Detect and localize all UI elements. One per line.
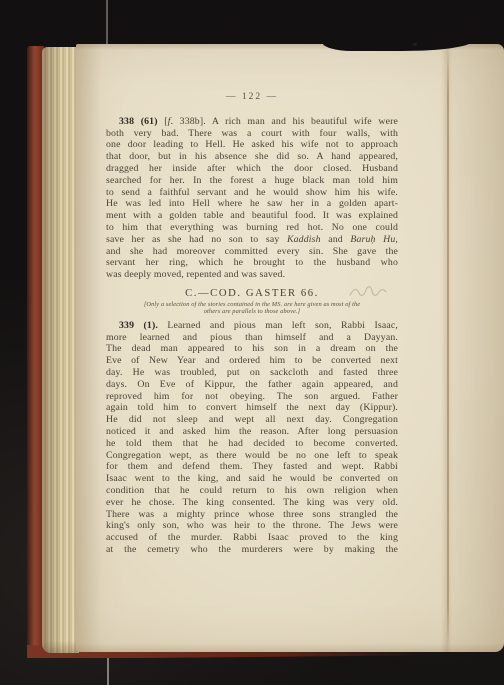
text-line: one door leading to Hell. He asked his w… bbox=[106, 139, 398, 151]
text-line: to send a faithful servant and he would … bbox=[106, 187, 398, 199]
text-line: more learned and pious than himself and … bbox=[106, 332, 398, 344]
page-gutter-crease bbox=[447, 46, 449, 650]
text-line: The dead man appeared to his son in a dr… bbox=[106, 343, 398, 355]
text-line: reproved him for not obeying. The son ar… bbox=[106, 391, 398, 403]
text-line: he told them that he had decided to beco… bbox=[106, 438, 398, 450]
text-line: save her as she had no son to say Kaddis… bbox=[106, 234, 398, 246]
pencil-annotation-icon bbox=[348, 284, 388, 300]
text-line: others are parallels to those above.] bbox=[106, 308, 398, 315]
text-line: days. On Eve of Kippur, the father again… bbox=[106, 379, 398, 391]
text-line: both very bad. There was a court with fo… bbox=[106, 128, 398, 140]
text-line: king's only son, who was heir to the thr… bbox=[106, 520, 398, 532]
text-line: He was led into Hell where he saw her in… bbox=[106, 198, 398, 210]
thread-top bbox=[106, 0, 108, 46]
text-line: [Only a selection of the stories contain… bbox=[106, 301, 398, 308]
paper-speck bbox=[413, 43, 417, 46]
text-line: There was a mighty prince whose three so… bbox=[106, 509, 398, 521]
text-line: dragged her inside after which the door … bbox=[106, 163, 398, 175]
text-line: accused of the murder. Rabbi Isaac prove… bbox=[106, 532, 398, 544]
text-line: Eve of New Year and ordered him to be co… bbox=[106, 355, 398, 367]
page-number: — 122 — bbox=[106, 92, 398, 104]
text-line: He did not sleep and wept all next day. … bbox=[106, 414, 398, 426]
text-line: Congregation wept, as there would be no … bbox=[106, 450, 398, 462]
text-line: 338 (61) [f. 338b]. A rich man and his b… bbox=[106, 116, 398, 128]
section-heading-row: C.—COD. GASTER 66. bbox=[106, 287, 398, 300]
text-line: 339 (1). Learned and pious man left son,… bbox=[106, 320, 398, 332]
text-line: condition that he could return to his ow… bbox=[106, 485, 398, 497]
text-line: again told him to convert himself the ne… bbox=[106, 402, 398, 414]
text-line: searched for her. In the forest a huge b… bbox=[106, 175, 398, 187]
paragraph-338: 338 (61) [f. 338b]. A rich man and his b… bbox=[106, 116, 398, 281]
photo-background: — 122 — 338 (61) [f. 338b]. A rich man a… bbox=[0, 0, 504, 685]
text-line: and she had moreover committed every sin… bbox=[106, 246, 398, 258]
text-line: that door, but in his absence she did so… bbox=[106, 151, 398, 163]
paragraph-339: 339 (1). Learned and pious man left son,… bbox=[106, 320, 398, 556]
text-line: noticed it and asked him the reason. Aft… bbox=[106, 426, 398, 438]
text-line: to him that everything was burning red h… bbox=[106, 222, 398, 234]
section-note: [Only a selection of the stories contain… bbox=[106, 301, 398, 316]
text-line: day. He was troubled, put on sackcloth a… bbox=[106, 367, 398, 379]
text-line: ever he chose. The king consented. The k… bbox=[106, 497, 398, 509]
text-line: ment with a golden table and beautiful f… bbox=[106, 210, 398, 222]
text-line: Isaac went to the king, and said he woul… bbox=[106, 473, 398, 485]
text-line: at the cemetry who the murderers were by… bbox=[106, 544, 398, 556]
text-line: servant her ring, which he brought to th… bbox=[106, 257, 398, 269]
text-line: was deeply moved, repented and was saved… bbox=[106, 269, 398, 281]
page-edges-stack bbox=[42, 47, 79, 653]
page-text: — 122 — 338 (61) [f. 338b]. A rich man a… bbox=[106, 92, 398, 556]
text-line: for them and defend them. They fasted an… bbox=[106, 461, 398, 473]
